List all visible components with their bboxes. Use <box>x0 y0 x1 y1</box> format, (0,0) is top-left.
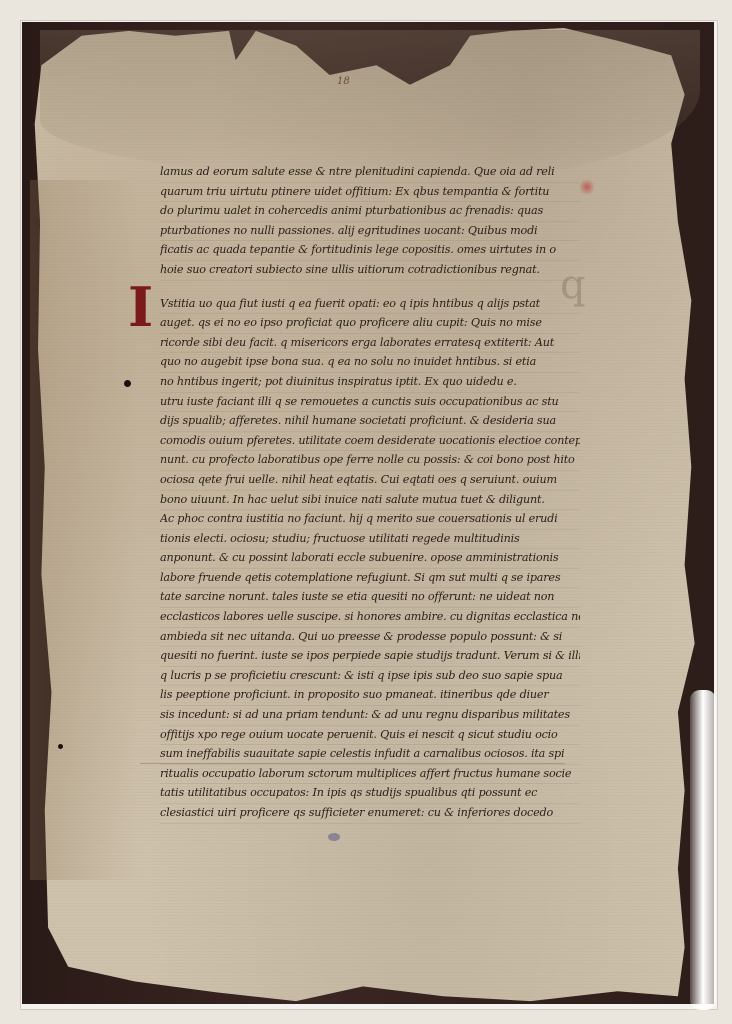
paragraph-1: lamus ad eorum salute esse & ntre plenit… <box>160 163 580 281</box>
text-line: bono uiuunt. In hac uelut sibi inuice na… <box>160 491 580 511</box>
text-line: tate sarcine norunt. tales iuste se etia… <box>160 588 580 608</box>
text-line: Vstitia uo qua fiut iusti q ea fuerit op… <box>160 295 580 315</box>
text-line: lamus ad eorum salute esse & ntre plenit… <box>160 163 580 183</box>
text-line: Ac phoc contra iustitia no faciunt. hij … <box>160 510 580 530</box>
text-line: auget. qs ei no eo ipso proficiat quo pr… <box>160 314 580 334</box>
text-line: no hntibus ingerit; pot diuinitus inspir… <box>160 373 580 393</box>
text-line: sis incedunt: si ad una priam tendunt: &… <box>160 706 580 726</box>
text-line: ecclasticos labores uelle suscipe. si ho… <box>160 608 580 628</box>
text-line: ricorde sibi deu facit. q misericors erg… <box>160 334 580 354</box>
text-line: tatis utilitatibus occupatos: In ipis qs… <box>160 784 580 804</box>
text-line: labore fruende qetis cotemplatione refug… <box>160 569 580 589</box>
blue-stain <box>328 833 340 841</box>
text-line: anponunt. & cu possint laborati eccle su… <box>160 549 580 569</box>
text-line: quarum triu uirtutu ptinere uidet offiti… <box>160 183 580 203</box>
ruling-line <box>140 763 565 764</box>
text-line: tionis electi. ociosu; studiu; fructuose… <box>160 530 580 550</box>
text-line: utru iuste faciant illi q se remouetes a… <box>160 393 580 413</box>
text-line: ambieda sit nec uitanda. Qui uo preesse … <box>160 628 580 648</box>
ink-blot <box>58 744 63 749</box>
text-line: clesiastici uiri proficere qs sufficiete… <box>160 804 580 824</box>
text-line: sum ineffabilis suauitate sapie celestis… <box>160 745 580 765</box>
text-line: ociosa qete frui uelle. nihil heat eqtat… <box>160 471 580 491</box>
text-line: ritualis occupatio laborum sctorum multi… <box>160 765 580 785</box>
text-line: offitijs xpo rege ouium uocate peruenit.… <box>160 726 580 746</box>
text-line: q lucris p se proficietiu crescunt: & is… <box>160 667 580 687</box>
text-line: hoie suo creatori subiecto sine ullis ui… <box>160 261 580 281</box>
text-line: quesiti no fuerint. iuste se ipos perpie… <box>160 647 580 667</box>
folio-number: 18 <box>337 76 350 87</box>
text-line: dijs spualib; afferetes. nihil humane so… <box>160 412 580 432</box>
red-ink-mark <box>580 178 594 196</box>
paragraph-2: Vstitia uo qua fiut iusti q ea fuerit op… <box>160 295 580 824</box>
text-line: comodis ouium pferetes. utilitate coem d… <box>160 432 580 452</box>
manuscript-text: lamus ad eorum salute esse & ntre plenit… <box>160 163 580 824</box>
rubricated-initial: I <box>128 280 153 334</box>
text-line: do plurimu ualet in cohercedis animi ptu… <box>160 202 580 222</box>
ink-blot <box>124 380 131 387</box>
glass-glare <box>690 690 716 1010</box>
text-line: nunt. cu profecto laboratibus ope ferre … <box>160 451 580 471</box>
text-line: pturbationes no nulli passiones. alij eg… <box>160 222 580 242</box>
text-line: ficatis ac quada tepantie & fortitudinis… <box>160 241 580 261</box>
text-line: quo no augebit ipse bona sua. q ea no so… <box>160 353 580 373</box>
text-line: lis peeptione proficiunt. in proposito s… <box>160 686 580 706</box>
